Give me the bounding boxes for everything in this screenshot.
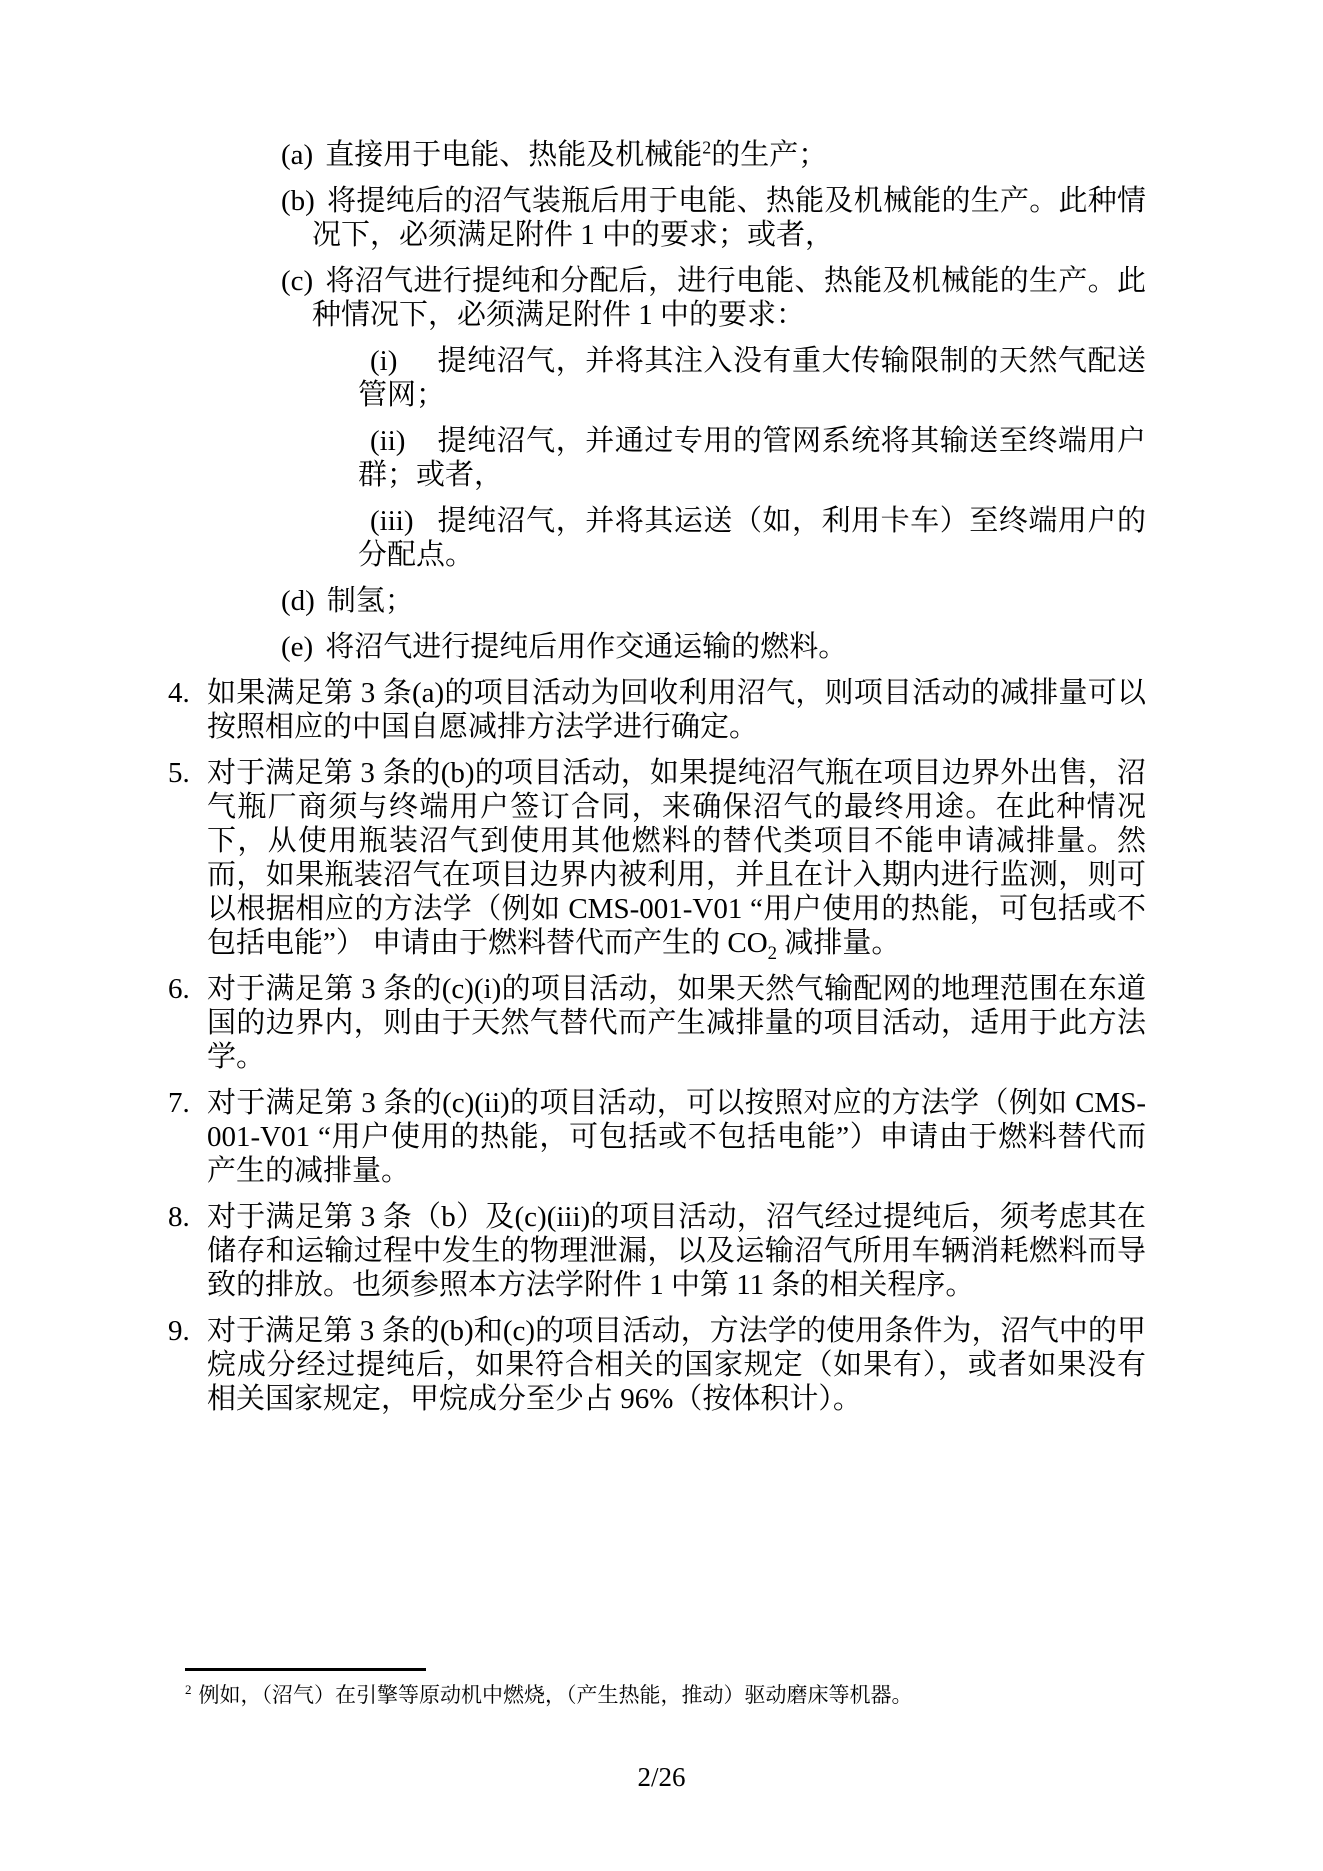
list-item-i-text: 提纯沼气，并将其注入没有重大传输限制的天然气配送管网； xyxy=(358,345,1146,411)
list-item-d-text: 制氢； xyxy=(327,585,414,617)
footnote-marker: 2 xyxy=(185,1682,192,1697)
list-item-ii: (ii)提纯沼气，并通过专用的管网系统将其输送至终端用户群；或者， xyxy=(358,424,1146,492)
paragraph-6: 6.对于满足第 3 条的(c)(i)的项目活动，如果天然气输配网的地理范围在东道… xyxy=(207,972,1146,1074)
list-item-a-text-end: 的生产； xyxy=(711,139,827,171)
list-marker-ii: (ii) xyxy=(370,424,425,458)
list-item-iii-text: 提纯沼气，并将其运送（如，利用卡车）至终端用户的分配点。 xyxy=(358,505,1146,571)
paragraph-6-text: 对于满足第 3 条的(c)(i)的项目活动，如果天然气输配网的地理范围在东道国的… xyxy=(207,973,1146,1073)
list-marker-i: (i) xyxy=(370,344,425,378)
list-item-e: (e)将沼气进行提纯后用作交通运输的燃料。 xyxy=(312,630,1146,664)
list-marker-d: (d) xyxy=(281,585,315,617)
list-item-i: (i)提纯沼气，并将其注入没有重大传输限制的天然气配送管网； xyxy=(358,344,1146,412)
list-marker-a: (a) xyxy=(281,139,313,171)
list-item-b-text: 将提纯后的沼气装瓶后用于电能、热能及机械能的生产。此种情况下，必须满足附件 1 … xyxy=(312,185,1146,251)
paragraph-5-number: 5. xyxy=(168,756,190,790)
paragraph-8-text: 对于满足第 3 条（b）及(c)(iii)的项目活动，沼气经过提纯后，须考虑其在… xyxy=(207,1201,1146,1301)
paragraph-5-text: 对于满足第 3 条的(b)的项目活动，如果提纯沼气瓶在项目边界外出售，沼气瓶厂商… xyxy=(207,757,1146,959)
list-item-a: (a)直接用于电能、热能及机械能2的生产； xyxy=(312,138,1146,172)
page-number: 2/26 xyxy=(0,1760,1323,1794)
co2-formula-subscript: 2 xyxy=(768,943,777,964)
paragraph-8: 8.对于满足第 3 条（b）及(c)(iii)的项目活动，沼气经过提纯后，须考虑… xyxy=(207,1200,1146,1302)
paragraph-9-text: 对于满足第 3 条的(b)和(c)的项目活动，方法学的使用条件为，沼气中的甲烷成… xyxy=(207,1315,1146,1415)
list-item-b: (b)将提纯后的沼气装瓶后用于电能、热能及机械能的生产。此种情况下，必须满足附件… xyxy=(312,184,1146,252)
footnote-ref-2: 2 xyxy=(702,137,711,157)
list-item-iii: (iii)提纯沼气，并将其运送（如，利用卡车）至终端用户的分配点。 xyxy=(358,504,1146,572)
paragraph-5: 5.对于满足第 3 条的(b)的项目活动，如果提纯沼气瓶在项目边界外出售，沼气瓶… xyxy=(207,756,1146,960)
list-marker-c: (c) xyxy=(281,265,313,297)
list-item-a-text: 直接用于电能、热能及机械能 xyxy=(325,139,702,171)
list-marker-e: (e) xyxy=(281,631,313,663)
co2-formula-base: CO xyxy=(727,927,767,959)
paragraph-6-number: 6. xyxy=(168,972,190,1006)
paragraph-9: 9.对于满足第 3 条的(b)和(c)的项目活动，方法学的使用条件为，沼气中的甲… xyxy=(207,1314,1146,1416)
list-item-e-text: 将沼气进行提纯后用作交通运输的燃料。 xyxy=(325,631,847,663)
paragraph-9-number: 9. xyxy=(168,1314,190,1348)
list-marker-iii: (iii) xyxy=(370,504,425,538)
paragraph-8-number: 8. xyxy=(168,1200,190,1234)
list-marker-b: (b) xyxy=(281,185,315,217)
paragraph-4: 4.如果满足第 3 条(a)的项目活动为回收利用沼气，则项目活动的减排量可以按照… xyxy=(207,676,1146,744)
paragraph-4-text: 如果满足第 3 条(a)的项目活动为回收利用沼气，则项目活动的减排量可以按照相应… xyxy=(207,677,1146,743)
footnote-text: 例如，（沼气）在引擎等原动机中燃烧，（产生热能，推动）驱动磨床等机器。 xyxy=(199,1683,913,1707)
list-item-c-text: 将沼气进行提纯和分配后，进行电能、热能及机械能的生产。此种情况下，必须满足附件 … xyxy=(312,265,1146,331)
list-item-ii-text: 提纯沼气，并通过专用的管网系统将其输送至终端用户群；或者， xyxy=(358,425,1146,491)
footnote-divider xyxy=(185,1668,426,1671)
paragraph-7-text: 对于满足第 3 条的(c)(ii)的项目活动，可以按照对应的方法学（例如 CMS… xyxy=(207,1087,1146,1187)
paragraph-5-text-end: 减排量。 xyxy=(777,927,900,959)
paragraph-7: 7.对于满足第 3 条的(c)(ii)的项目活动，可以按照对应的方法学（例如 C… xyxy=(207,1086,1146,1188)
footnote: 2例如，（沼气）在引擎等原动机中燃烧，（产生热能，推动）驱动磨床等机器。 xyxy=(185,1682,1085,1708)
paragraph-4-number: 4. xyxy=(168,676,190,710)
document-page: (a)直接用于电能、热能及机械能2的生产； (b)将提纯后的沼气装瓶后用于电能、… xyxy=(0,0,1323,1871)
list-item-d: (d)制氢； xyxy=(312,584,1146,618)
list-item-c: (c)将沼气进行提纯和分配后，进行电能、热能及机械能的生产。此种情况下，必须满足… xyxy=(312,264,1146,332)
paragraph-7-number: 7. xyxy=(168,1086,190,1120)
